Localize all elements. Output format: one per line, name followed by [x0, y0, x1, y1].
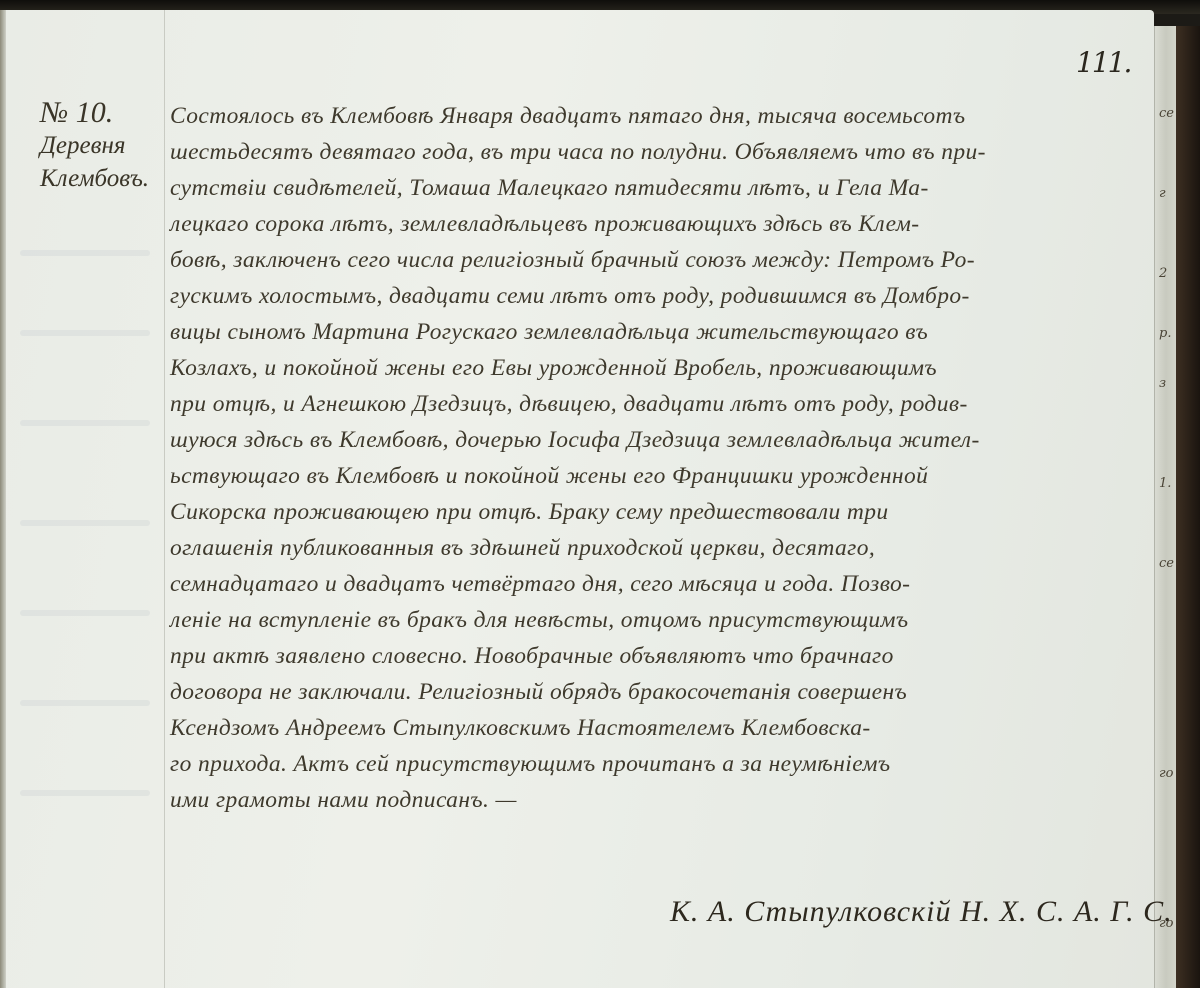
- edge-fragment: 2: [1159, 266, 1167, 281]
- margin-label: Деревня: [40, 129, 170, 162]
- page-number: 111.: [1076, 46, 1130, 79]
- text-line: гуcкимъ холостымъ, двадцати семи лѣтъ от…: [170, 278, 1150, 314]
- text-line: шестьдесятъ девятаго года, въ три часа п…: [170, 134, 1150, 170]
- record-number: № 10.: [40, 96, 170, 129]
- margin-note: № 10. Деревня Клембовъ.: [40, 96, 170, 195]
- text-line: договора не заключали. Религіозный обряд…: [170, 674, 1150, 710]
- ink-bleed: [20, 520, 150, 526]
- margin-village: Клембовъ.: [40, 162, 170, 195]
- edge-fragment: р.: [1159, 326, 1171, 341]
- text-line: Ксендзомъ Андреемъ Стыпулковскимъ Настоя…: [170, 710, 1150, 746]
- text-line: оглашенія публикованныя въ здѣшней прихо…: [170, 530, 1150, 566]
- text-line: го прихода. Актъ сей присутствующимъ про…: [170, 746, 1150, 782]
- text-line: Козлахъ, и покойной жены его Евы урожден…: [170, 350, 1150, 386]
- edge-fragment: се: [1159, 106, 1174, 121]
- text-line: сутствіи свидѣтелей, Томаша Малецкаго пя…: [170, 170, 1150, 206]
- text-line: бовѣ, заключенъ сего числа религіозный б…: [170, 242, 1150, 278]
- text-line: вицы сыномъ Мартина Рогускаго землевладѣ…: [170, 314, 1150, 350]
- record-text: Состоялось въ Клембовѣ Января двадцатъ п…: [170, 98, 1150, 818]
- page-left-edge: [0, 10, 6, 988]
- ink-bleed: [20, 790, 150, 796]
- text-line: ими грамоты нами подписанъ. —: [170, 782, 1150, 818]
- text-line: семнадцатаго и двадцатъ четвёртаго дня, …: [170, 566, 1150, 602]
- book-binding-shadow: [1176, 26, 1200, 988]
- edge-fragment: 1.: [1159, 476, 1171, 491]
- ink-bleed: [20, 250, 150, 256]
- edge-fragment: г: [1159, 186, 1166, 201]
- ink-bleed: [20, 610, 150, 616]
- ink-bleed: [20, 700, 150, 706]
- text-line: лецкаго сорока лѣтъ, землевладѣльцевъ пр…: [170, 206, 1150, 242]
- text-line: ьствующаго въ Клембовѣ и покойной жены е…: [170, 458, 1150, 494]
- ink-bleed: [20, 330, 150, 336]
- edge-fragment: з: [1159, 376, 1166, 391]
- ink-bleed: [20, 420, 150, 426]
- edge-fragment: го: [1159, 766, 1173, 781]
- text-line: при отцѣ, и Агнешкою Дзедзицъ, дѣвицею, …: [170, 386, 1150, 422]
- text-line: шуюся здѣсь въ Клембовѣ, дочерью Іосифа …: [170, 422, 1150, 458]
- text-line: леніе на вступленіе въ бракъ для невѣсты…: [170, 602, 1150, 638]
- text-line: при актѣ заявлено словесно. Новобрачные …: [170, 638, 1150, 674]
- text-line: Сикорска проживающею при отцѣ. Браку сем…: [170, 494, 1150, 530]
- next-pages-edge: се г 2 р. з 1. се го го: [1154, 26, 1177, 988]
- edge-fragment: се: [1159, 556, 1174, 571]
- text-line: Состоялось въ Клембовѣ Января двадцатъ п…: [170, 98, 1150, 134]
- priest-signature: К. А. Стыпулковскій Н. Х. С. А. Г. С.: [670, 895, 1173, 929]
